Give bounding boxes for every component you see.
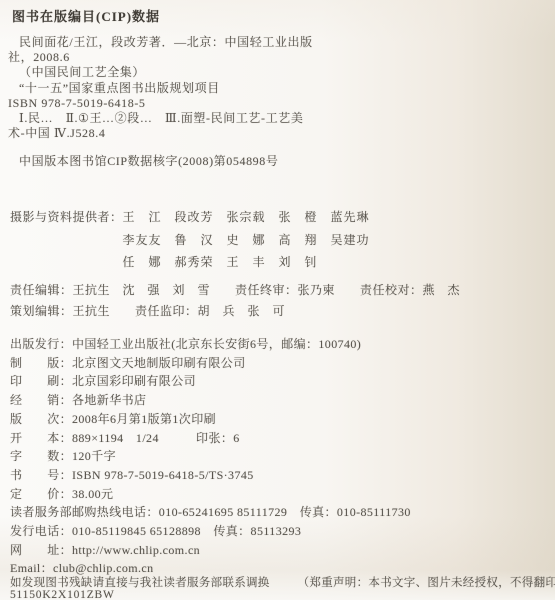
contributors-names: 王 江 段改芳 张宗载 张 橙 蓝先琳 李友友 鲁 汉 史 娜 高 翔 吴建功 … bbox=[123, 206, 370, 274]
cip-line: 术-中国 Ⅳ.J528.4 bbox=[8, 126, 313, 141]
footer-notice-row: 如发现图书残缺请直接与我社读者服务部联系调换 （郑重声明：本书文字、图片未经授权… bbox=[10, 574, 551, 590]
contributors-block: 摄影与资料提供者： 王 江 段改芳 张宗载 张 橙 蓝先琳 李友友 鲁 汉 史 … bbox=[10, 206, 370, 274]
contributors-row: 任 娜 郝秀荣 王 丰 刘 钊 bbox=[123, 251, 370, 274]
cip-line: Ⅰ.民… Ⅱ.①王…②段… Ⅲ.面塑-民间工艺-工艺美 bbox=[8, 111, 313, 126]
publication-line: 发行电话：010-85119845 65128898 传真：85113293 bbox=[10, 522, 411, 541]
cip-record-number: 中国版本图书馆CIP数据核字(2008)第054898号 bbox=[8, 154, 313, 169]
publication-info-block: 出版发行：中国轻工业出版社(北京东长安街6号，邮编：100740) 制 版：北京… bbox=[10, 335, 411, 578]
publication-line: 制 版：北京图文天地制版印刷有限公司 bbox=[10, 354, 411, 373]
contributors-row: 李友友 鲁 汉 史 娜 高 翔 吴建功 bbox=[123, 229, 370, 252]
cip-line: 社，2008.6 bbox=[8, 50, 313, 65]
publication-line: 出版发行：中国轻工业出版社(北京东长安街6号，邮编：100740) bbox=[10, 335, 411, 354]
editors-line: 策划编辑：王抗生 责任监印：胡 兵 张 可 bbox=[10, 301, 460, 322]
contributors-label: 摄影与资料提供者： bbox=[10, 206, 123, 274]
copyright-declaration: （郑重声明：本书文字、图片未经授权，不得翻印。） bbox=[298, 574, 555, 590]
publication-line: 版 次：2008年6月第1版第1次印刷 bbox=[10, 410, 411, 429]
cip-line: （中国民间工艺全集） bbox=[8, 65, 313, 80]
publication-line: 读者服务部邮购热线电话：010-65241695 85111729 传真：010… bbox=[10, 503, 411, 522]
publication-line: 经 销：各地新华书店 bbox=[10, 391, 411, 410]
contributors-row: 王 江 段改芳 张宗载 张 橙 蓝先琳 bbox=[123, 206, 370, 229]
print-code: 51150K2X101ZBW bbox=[10, 589, 115, 600]
publication-line: 字 数：120千字 bbox=[10, 447, 411, 466]
cip-line: “十一五”国家重点图书出版规划项目 bbox=[8, 81, 313, 96]
exchange-notice: 如发现图书残缺请直接与我社读者服务部联系调换 bbox=[10, 574, 270, 590]
editors-line: 责任编辑：王抗生 沈 强 刘 雪 责任终审：张乃柬 责任校对：燕 杰 bbox=[10, 280, 460, 301]
cip-line: ISBN 978-7-5019-6418-5 bbox=[8, 96, 313, 111]
publication-line: 网 址：http://www.chlip.com.cn bbox=[10, 541, 411, 560]
publication-line: 书 号：ISBN 978-7-5019-6418-5/TS·3745 bbox=[10, 466, 411, 485]
cip-lines: 民间面花/王江，段改芳著．—北京：中国轻工业出版 社，2008.6 （中国民间工… bbox=[8, 35, 313, 141]
cip-heading: 图书在版编目(CIP)数据 bbox=[8, 6, 313, 25]
publication-line: 开 本：889×1194 1/24 印张：6 bbox=[10, 429, 411, 448]
scanned-copyright-page: 图书在版编目(CIP)数据 民间面花/王江，段改芳著．—北京：中国轻工业出版 社… bbox=[0, 0, 555, 600]
cip-line: 民间面花/王江，段改芳著．—北京：中国轻工业出版 bbox=[8, 35, 313, 50]
cip-data-block: 图书在版编目(CIP)数据 民间面花/王江，段改芳著．—北京：中国轻工业出版 社… bbox=[8, 6, 313, 169]
editors-block: 责任编辑：王抗生 沈 强 刘 雪 责任终审：张乃柬 责任校对：燕 杰 策划编辑：… bbox=[10, 280, 460, 322]
publication-line: 定 价：38.00元 bbox=[10, 485, 411, 504]
publication-line: 印 刷：北京国彩印刷有限公司 bbox=[10, 372, 411, 391]
